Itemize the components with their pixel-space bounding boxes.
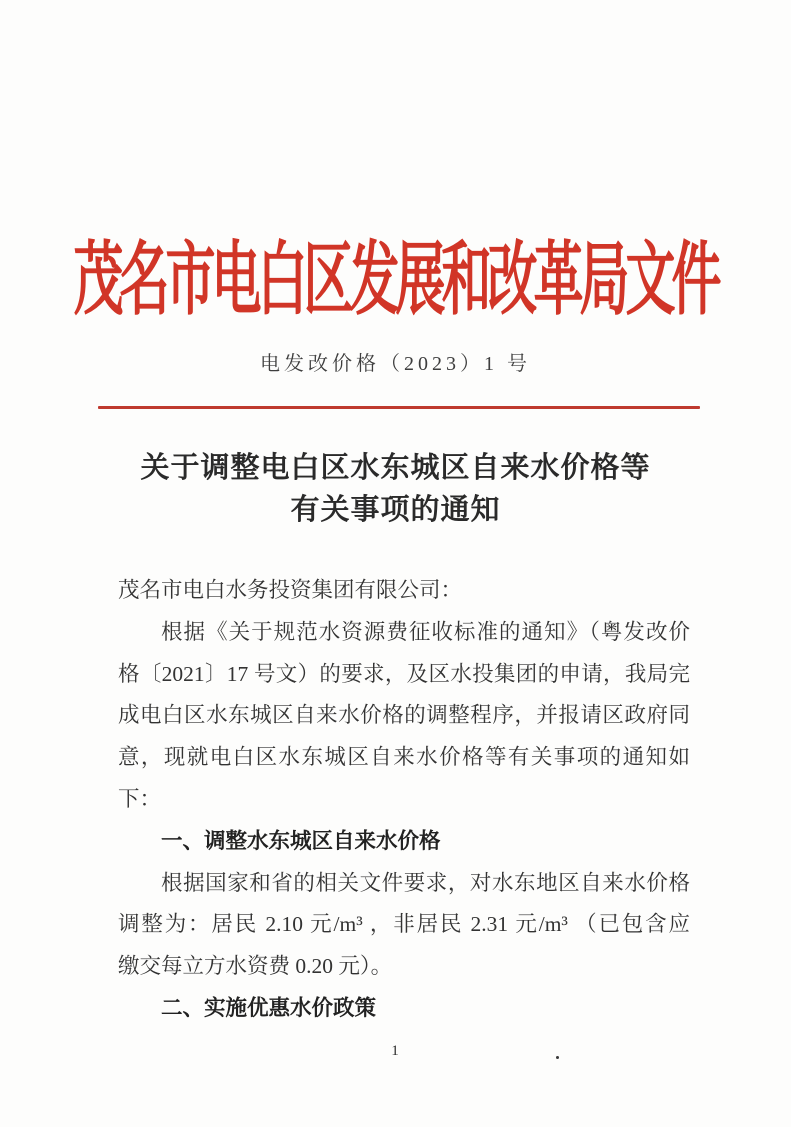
document-title: 关于调整电白区水东城区自来水价格等 有关事项的通知	[0, 447, 791, 531]
section-1-line-2: 调整为：居民 2.10 元/m³ ，非居民 2.31 元/m³ （已包含应	[118, 904, 690, 946]
agency-masthead-title: 茂名市电白区发展和改革局文件	[0, 240, 791, 320]
document-body: 茂名市电白水务投资集团有限公司： 根据《关于规范水资源费征收标准的通知》（粤发改…	[118, 570, 690, 1030]
document-page: 茂名市电白区发展和改革局文件 电发改价格（2023）1 号 关于调整电白区水东城…	[0, 0, 791, 1127]
document-title-line-2: 有关事项的通知	[0, 489, 791, 531]
intro-paragraph-line-3: 成电白区水东城区自来水价格的调整程序，并报请区政府同	[118, 695, 690, 737]
red-separator-line	[98, 406, 700, 409]
ink-speck-artifact	[556, 1056, 559, 1059]
intro-paragraph-line-1: 根据《关于规范水资源费征收标准的通知》（粤发改价	[118, 612, 690, 654]
intro-paragraph-line-4: 意，现就电白区水东城区自来水价格等有关事项的通知如	[118, 737, 690, 779]
intro-paragraph-line-5: 下：	[118, 779, 690, 821]
section-2-heading: 二、实施优惠水价政策	[118, 988, 690, 1030]
section-1-heading: 一、调整水东城区自来水价格	[118, 821, 690, 863]
section-1-line-1: 根据国家和省的相关文件要求，对水东地区自来水价格	[118, 863, 690, 905]
intro-paragraph-line-2: 格〔2021〕17 号文）的要求，及区水投集团的申请，我局完	[118, 654, 690, 696]
page-number: 1	[380, 1043, 410, 1060]
document-number: 电发改价格（2023）1 号	[0, 351, 791, 378]
section-1-line-3: 缴交每立方水资费 0.20 元）。	[118, 946, 690, 988]
salutation: 茂名市电白水务投资集团有限公司：	[118, 570, 690, 612]
document-title-line-1: 关于调整电白区水东城区自来水价格等	[0, 447, 791, 489]
